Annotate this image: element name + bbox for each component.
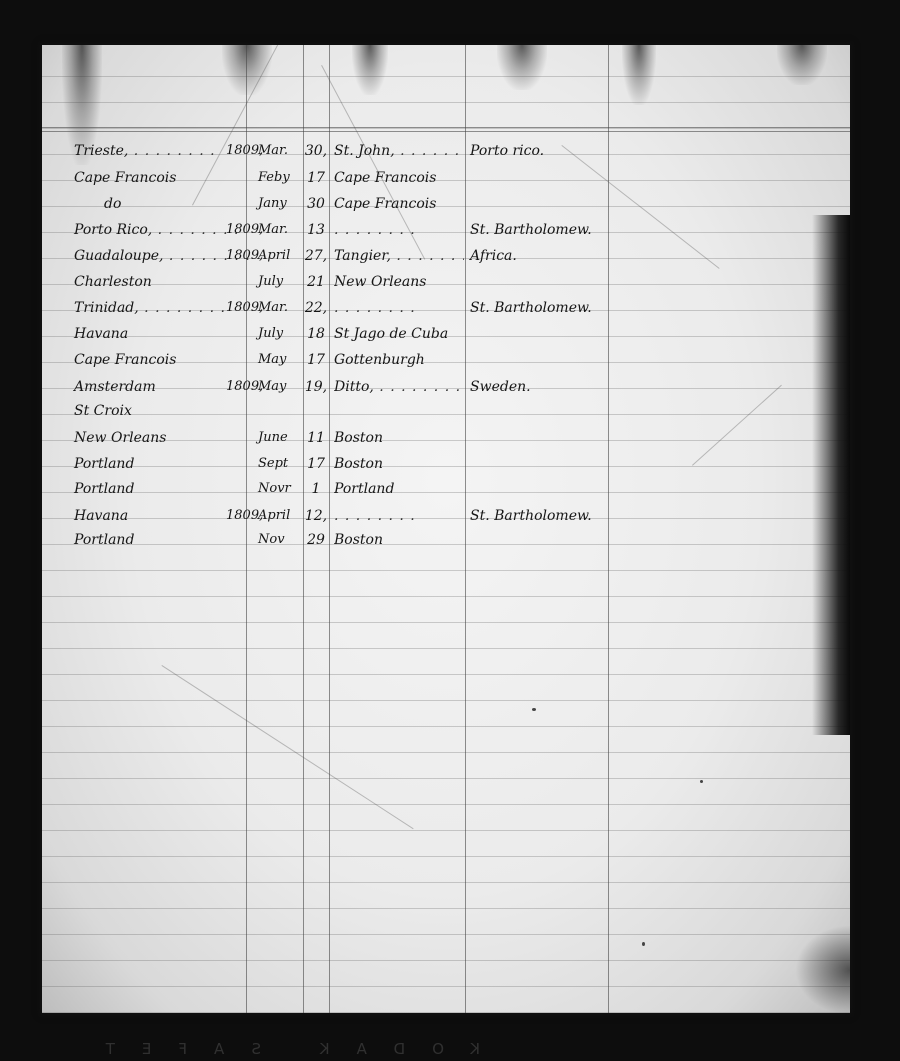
ledger-row: Amsterdam 1809, May 19, Ditto, Sweden. (42, 374, 850, 400)
day-cell: 12, (304, 503, 328, 529)
nation-cell: Porto rico. (470, 138, 610, 164)
destination-cell: New Orleans (334, 269, 464, 295)
port-cell: Amsterdam (74, 374, 244, 400)
port-cell: Charleston (74, 269, 244, 295)
destination-cell: Ditto, (334, 374, 464, 400)
year-cell: 1809, (226, 295, 262, 321)
ledger-page: Trieste, 1809, Mar. 30, St. John, Porto … (42, 45, 850, 1013)
ledger-row: Trieste, 1809, Mar. 30, St. John, Porto … (42, 138, 850, 164)
month-cell: July (258, 269, 302, 295)
month-cell: June (258, 425, 302, 451)
port-cell: Trieste, (74, 138, 244, 164)
month-cell: May (258, 347, 302, 373)
port-cell: Porto Rico, (74, 217, 244, 243)
ledger-row: Cape Francois May 17 Gottenburgh (42, 347, 850, 373)
destination-cell: Boston (334, 527, 464, 553)
month-cell: April (258, 243, 302, 269)
destination-cell (334, 295, 464, 321)
day-cell: 22, (304, 295, 328, 321)
day-cell: 27, (304, 243, 328, 269)
nation-cell: Sweden. (470, 374, 610, 400)
day-cell: 1 (304, 476, 328, 502)
nation-cell: St. Bartholomew. (470, 295, 610, 321)
destination-cell: Tangier, (334, 243, 464, 269)
day-cell: 17 (304, 347, 328, 373)
day-cell: 17 (304, 451, 328, 477)
ledger-row: do Jany 30 Cape Francois (42, 191, 850, 217)
ledger-row: Porto Rico, 1809, Mar. 13 St. Bartholome… (42, 217, 850, 243)
water-stain (777, 45, 827, 85)
ledger-row: Portland Sept 17 Boston (42, 451, 850, 477)
port-cell: Havana (74, 503, 244, 529)
port-cell: Havana (74, 321, 244, 347)
ledger-row: Cape Francois Feby 17 Cape Francois (42, 165, 850, 191)
ledger-row: Charleston July 21 New Orleans (42, 269, 850, 295)
nation-cell: St. Bartholomew. (470, 503, 610, 529)
day-cell: 11 (304, 425, 328, 451)
month-cell: July (258, 321, 302, 347)
day-cell: 30, (304, 138, 328, 164)
destination-cell: Cape Francois (334, 165, 464, 191)
month-cell: Mar. (258, 217, 302, 243)
ledger-row: Havana 1809, April 12, St. Bartholomew. (42, 503, 850, 529)
day-cell: 19, (304, 374, 328, 400)
month-cell: Mar. (258, 295, 302, 321)
destination-cell: Cape Francois (334, 191, 464, 217)
destination-cell: Gottenburgh (334, 347, 464, 373)
destination-cell: St. John, (334, 138, 464, 164)
port-cell: Cape Francois (74, 165, 244, 191)
month-cell: Sept (258, 451, 302, 477)
day-cell: 13 (304, 217, 328, 243)
nation-cell: Africa. (470, 243, 610, 269)
ledger-row: Guadaloupe, 1809, April 27, Tangier, Afr… (42, 243, 850, 269)
ledger-row: St Croix (42, 398, 850, 424)
day-cell: 18 (304, 321, 328, 347)
port-cell: do (74, 191, 274, 217)
header-rule (42, 127, 850, 132)
ledger-row: Trinidad, 1809, Mar. 22, St. Bartholomew… (42, 295, 850, 321)
ledger-row: New Orleans June 11 Boston (42, 425, 850, 451)
port-cell: Guadaloupe, (74, 243, 244, 269)
edge-stain (795, 925, 850, 1013)
ledger-row: Havana July 18 St Jago de Cuba (42, 321, 850, 347)
month-cell: Feby (258, 165, 302, 191)
water-stain (622, 45, 656, 105)
month-cell: April (258, 503, 302, 529)
day-cell: 17 (304, 165, 328, 191)
port-cell: Trinidad, (74, 295, 244, 321)
port-cell: Portland (74, 476, 244, 502)
month-cell: Novr (258, 476, 302, 502)
port-cell: Portland (74, 527, 244, 553)
port-cell: Portland (74, 451, 244, 477)
speck (532, 708, 536, 711)
month-cell: Jany (258, 191, 302, 217)
year-cell: 1809, (226, 217, 262, 243)
film-edge-label: KODAK SAFET (79, 1040, 480, 1058)
destination-cell: Boston (334, 425, 464, 451)
day-cell: 30 (304, 191, 328, 217)
port-cell: St Croix (74, 398, 244, 424)
destination-cell (334, 503, 464, 529)
speck (642, 942, 645, 946)
destination-cell: St Jago de Cuba (334, 321, 464, 347)
ledger-row: Portland Nov 29 Boston (42, 527, 850, 553)
year-cell: 1809, (226, 138, 262, 164)
destination-cell: Portland (334, 476, 464, 502)
year-cell: 1809, (226, 243, 262, 269)
port-cell: New Orleans (74, 425, 244, 451)
ledger-row: Portland Novr 1 Portland (42, 476, 850, 502)
port-cell: Cape Francois (74, 347, 244, 373)
speck (700, 780, 703, 783)
nation-cell: St. Bartholomew. (470, 217, 610, 243)
destination-cell (334, 217, 464, 243)
year-cell: 1809, (226, 374, 262, 400)
month-cell: Mar. (258, 138, 302, 164)
day-cell: 29 (304, 527, 328, 553)
water-stain (497, 45, 547, 90)
month-cell: Nov (258, 527, 302, 553)
water-stain (352, 45, 388, 95)
destination-cell: Boston (334, 451, 464, 477)
day-cell: 21 (304, 269, 328, 295)
year-cell: 1809, (226, 503, 262, 529)
month-cell: May (258, 374, 302, 400)
